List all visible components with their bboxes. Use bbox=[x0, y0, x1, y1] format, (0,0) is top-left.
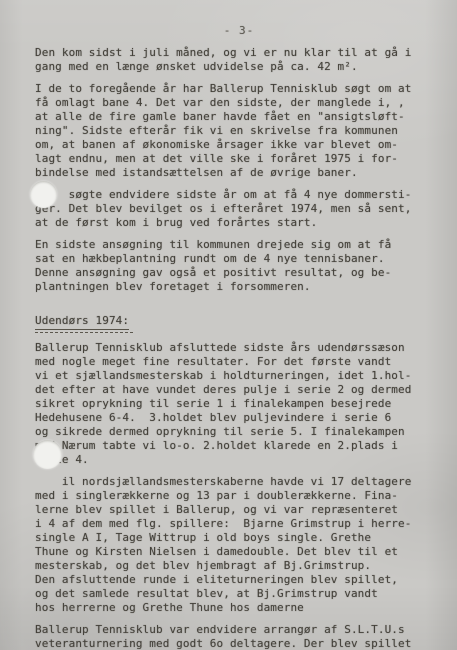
hole-punch-bottom bbox=[33, 440, 62, 469]
paragraph-hedge-planting: En sidste ansøgning til kommunen drejede… bbox=[35, 238, 443, 294]
paragraph-umpire-chairs: søgte endvidere sidste år om at få 4 nye… bbox=[35, 188, 443, 230]
paragraph-season-team-results: Ballerup Tennisklub afsluttede sidste år… bbox=[35, 341, 443, 467]
hole-punch-top bbox=[30, 181, 57, 208]
paragraph-championships-players: il nordsjællandsmesterskaberne havde vi … bbox=[35, 475, 443, 615]
paragraph-veteran-tournament: Ballerup Tennisklub var endvidere arrang… bbox=[35, 623, 443, 650]
scanned-document-page: - 3- Den kom sidst i juli måned, og vi e… bbox=[0, 0, 457, 650]
page-content: - 3- Den kom sidst i juli måned, og vi e… bbox=[0, 0, 457, 650]
paragraph-expansion-42m2: Den kom sidst i juli måned, og vi er nu … bbox=[35, 46, 443, 74]
page-number: - 3- bbox=[35, 24, 443, 38]
section-heading-wrap: Udendørs 1974: bbox=[35, 302, 443, 330]
paragraph-court4-resurfacing: I de to foregående år har Ballerup Tenni… bbox=[35, 82, 443, 180]
section-heading-outdoor-1974: Udendørs 1974: bbox=[35, 314, 129, 330]
